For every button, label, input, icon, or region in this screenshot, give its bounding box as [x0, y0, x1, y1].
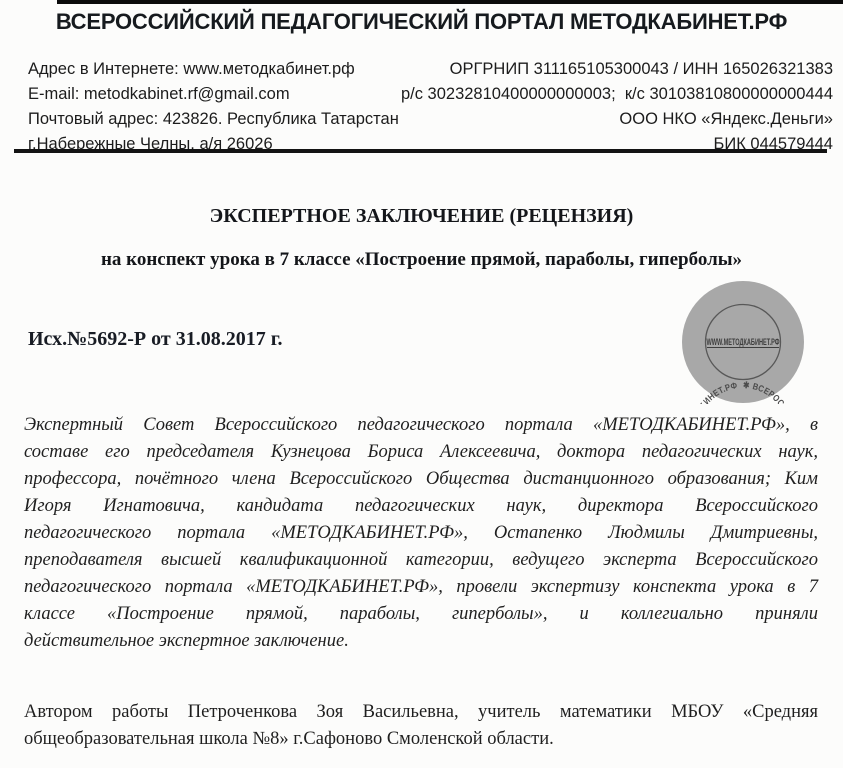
- contact-bank-name: ООО НКО «Яндекс.Деньги»: [401, 107, 833, 132]
- paragraph-line: преподавателя высшей квалификационной ка…: [24, 547, 818, 574]
- contact-city: г.Набережные Челны, а/я 26026: [28, 132, 399, 157]
- header-divider: [14, 149, 827, 153]
- stamp-center-text: WWW.МЕТОДКАБИНЕТ.РФ: [707, 337, 780, 348]
- paragraph-line: профессора, почётного члена Всероссийско…: [24, 466, 818, 493]
- paragraph-line: педагогического портала «МЕТОДКАБИНЕТ.РФ…: [24, 574, 818, 601]
- contact-postal-address: Почтовый адрес: 423826. Республика Татар…: [28, 107, 399, 132]
- contact-email: E-mail: metodkabinet.rf@gmail.com: [28, 82, 399, 107]
- paragraph-line: Игоря Игнатовича, кандидата педагогическ…: [24, 493, 818, 520]
- document-title: ЭКСПЕРТНОЕ ЗАКЛЮЧЕНИЕ (РЕЦЕНЗИЯ): [0, 205, 843, 228]
- author-paragraph: Автором работы Петроченкова Зоя Васильев…: [24, 699, 818, 753]
- document-page: ВСЕРОССИЙСКИЙ ПЕДАГОГИЧЕСКИЙ ПОРТАЛ МЕТО…: [0, 0, 843, 768]
- portal-round-stamp: ✱ ВСЕРОССИЙСКИЙ ПЕДАГОГИЧЕСКИЙ ПОРТАЛ МЕ…: [681, 280, 805, 404]
- paragraph-line: Автором работы Петроченкова Зоя Васильев…: [24, 699, 818, 726]
- contact-block-right: ОРГРНИП 311165105300043 / ИНН 1650263213…: [401, 57, 833, 157]
- scan-edge-artifact: [57, 0, 843, 4]
- reference-number-line: Исх.№5692-Р от 31.08.2017 г.: [28, 328, 283, 351]
- portal-title: ВСЕРОССИЙСКИЙ ПЕДАГОГИЧЕСКИЙ ПОРТАЛ МЕТО…: [0, 9, 843, 35]
- contact-website: Адрес в Интернете: www.методкабинет.рф: [28, 57, 399, 82]
- contact-bank-accounts: р/с 30232810400000000003; к/с 3010381080…: [401, 82, 833, 107]
- paragraph-line: Экспертный Совет Всероссийского педагоги…: [24, 412, 818, 439]
- paragraph-line: действительное экспертное заключение.: [24, 628, 818, 655]
- contact-ogrnip-inn: ОРГРНИП 311165105300043 / ИНН 1650263213…: [401, 57, 833, 82]
- paragraph-line: классе «Построение прямой, параболы, гип…: [24, 601, 818, 628]
- expert-council-paragraph: Экспертный Совет Всероссийского педагоги…: [24, 412, 818, 655]
- contact-block-left: Адрес в Интернете: www.методкабинет.рф E…: [28, 57, 399, 157]
- paragraph-line: педагогического портала «МЕТОДКАБИНЕТ.РФ…: [24, 520, 818, 547]
- contact-bik: БИК 044579444: [401, 132, 833, 157]
- paragraph-line: общеобразовательная школа №8» г.Сафоново…: [24, 726, 818, 753]
- document-subtitle: на конспект урока в 7 классе «Построение…: [0, 249, 843, 271]
- paragraph-line: составе его председателя Кузнецова Борис…: [24, 439, 818, 466]
